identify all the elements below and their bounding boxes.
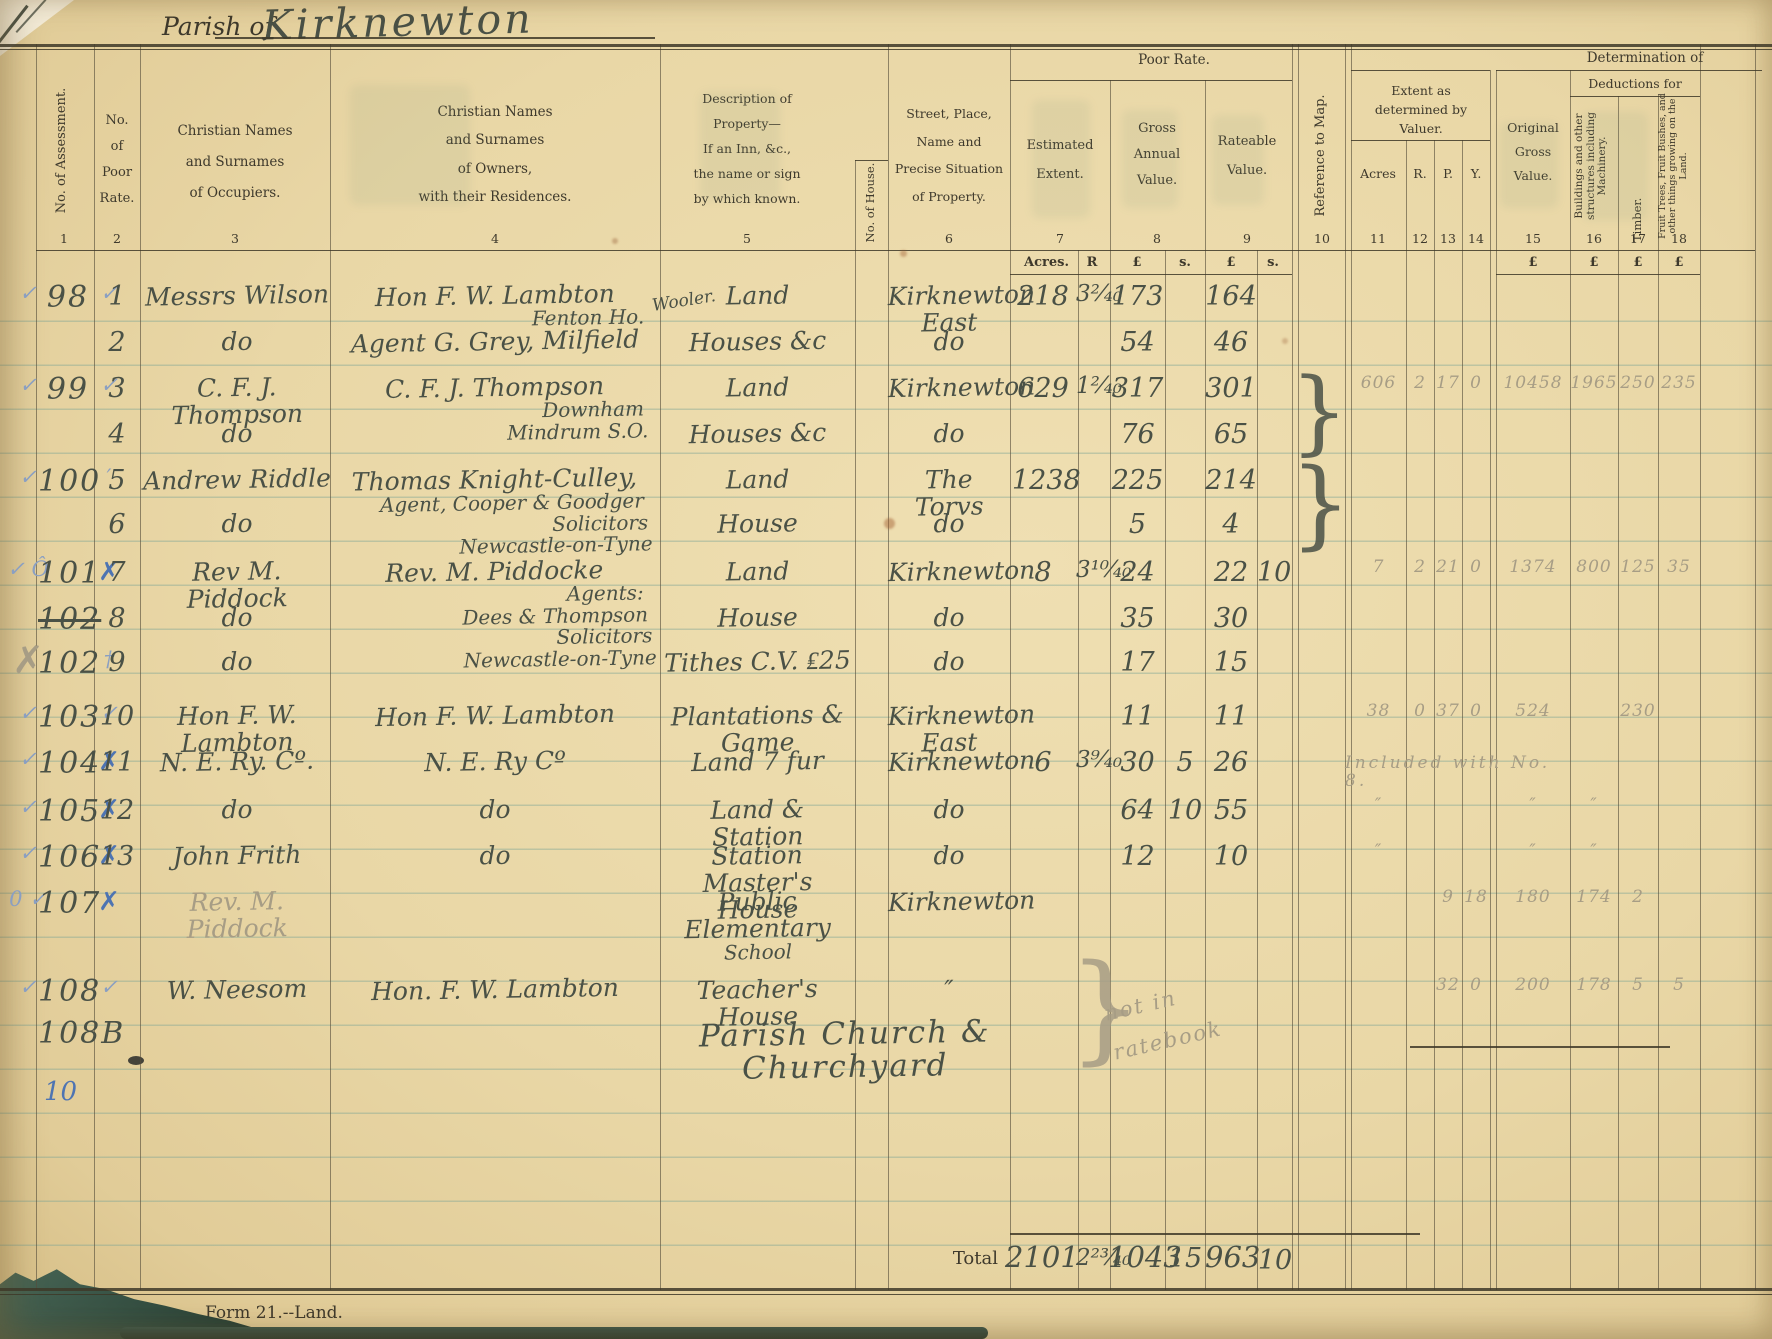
annotation-blue-ten: 10 bbox=[44, 1078, 77, 1106]
cell-d17: 230 bbox=[1618, 702, 1658, 720]
cell-d17: 2 bbox=[1618, 888, 1658, 906]
cell-d17: 250 bbox=[1618, 374, 1658, 392]
cell-street: Kirknewton bbox=[888, 747, 1010, 776]
col-number: 11 bbox=[1358, 231, 1398, 246]
paper-stain bbox=[612, 238, 618, 244]
cell-occupier: do bbox=[142, 794, 332, 824]
show-through-smudge bbox=[1500, 122, 1558, 208]
table-rule bbox=[1496, 274, 1700, 275]
cell-orig: 200 bbox=[1496, 976, 1570, 994]
ledger-row: 1028doHousedo3530 bbox=[0, 600, 1772, 646]
cell-desc: Land bbox=[662, 464, 853, 494]
cell-span-text: Parish Church & Churchyard bbox=[639, 1014, 1050, 1088]
cell-d18: 5 bbox=[1658, 976, 1700, 994]
cell-street: Kirknewton bbox=[888, 887, 1010, 916]
show-through-smudge bbox=[700, 92, 780, 200]
poor-rate-group-header: Poor Rate. bbox=[1094, 52, 1254, 68]
table-rule bbox=[1010, 1233, 1420, 1235]
unit-label: £ bbox=[1117, 255, 1157, 270]
cell-street: do bbox=[888, 327, 1010, 356]
ledger-row: 4doHouses &cdo7665 bbox=[0, 416, 1772, 462]
col-number: 17 bbox=[1618, 231, 1658, 246]
col-header-street: Street, Place, Name and Precise Situatio… bbox=[874, 100, 1024, 210]
cell-v-y: 0 bbox=[1462, 976, 1490, 994]
col-number: 14 bbox=[1456, 231, 1496, 246]
cell-assess: 100 bbox=[38, 466, 98, 498]
cell-v-y: 0 bbox=[1462, 374, 1490, 392]
cell-poor: 2 bbox=[94, 328, 140, 357]
table-rule bbox=[1351, 140, 1490, 141]
cell-assess: 103 bbox=[38, 702, 98, 734]
cell-occupier: N. E. Ry. Cº. bbox=[142, 746, 332, 776]
cell-occupier: Andrew Riddle bbox=[142, 464, 332, 494]
show-through-smudge bbox=[1032, 100, 1090, 218]
cell-v-r: 0 bbox=[1406, 702, 1434, 720]
parish-underline bbox=[215, 37, 655, 39]
col-subheader-valuer-roods: R. bbox=[1406, 168, 1434, 181]
cell-line: Hon F. W. Lambton bbox=[332, 699, 658, 732]
cell-note-right: Included with No. 8. bbox=[1345, 754, 1555, 791]
cell-line: do bbox=[332, 793, 658, 826]
cell-acres: 8 bbox=[1012, 558, 1074, 587]
cell-v-acres: ″ bbox=[1351, 842, 1406, 860]
cell-assess: 101 bbox=[38, 558, 98, 590]
col-number: 9 bbox=[1227, 231, 1267, 246]
parish-name: Kirknewton bbox=[261, 0, 534, 50]
show-through-smudge bbox=[1122, 110, 1178, 208]
col-number: 8 bbox=[1137, 231, 1177, 246]
show-through-smudge bbox=[1212, 115, 1264, 205]
ledger-row: 2doAgent G. Grey, MilfieldHouses &cdo544… bbox=[0, 324, 1772, 370]
cell-rate-l: 301 bbox=[1205, 374, 1257, 403]
table-rule bbox=[1351, 70, 1490, 71]
deductions-group-header: Deductions for bbox=[1565, 76, 1705, 91]
cell-gross-l: 12 bbox=[1110, 842, 1165, 871]
cell-desc: Houses &c bbox=[662, 326, 853, 356]
cell-d16: ″ bbox=[1570, 842, 1618, 860]
cell-line: Public Elementary bbox=[661, 886, 853, 943]
cell-postmark: ✗ bbox=[98, 888, 120, 916]
cell-gross-s: 10 bbox=[1165, 796, 1205, 825]
paper-stain bbox=[884, 518, 895, 529]
cell-desc: Houses &c bbox=[662, 418, 853, 448]
cell-owner: Agent G. Grey, Milfield bbox=[332, 325, 658, 358]
ledger-row: ✓103✓10Hon F. W. LambtonHon F. W. Lambto… bbox=[0, 698, 1772, 744]
cell-desc: Land bbox=[662, 372, 853, 402]
cell-gross-l: 24 bbox=[1110, 558, 1165, 587]
brace-not-in-ratebook: } bbox=[1068, 948, 1143, 1066]
cell-assess: 102 bbox=[38, 648, 98, 680]
cell-desc: Public ElementarySchool bbox=[661, 886, 853, 965]
cell-r: 3⁹⁄₄₀ bbox=[1076, 748, 1114, 773]
cell-d17: 5 bbox=[1618, 976, 1658, 994]
cell-acres: 218 bbox=[1012, 282, 1074, 311]
col-number: 15 bbox=[1513, 231, 1553, 246]
cell-r: 1²⁄₄₀ bbox=[1076, 374, 1114, 399]
cell-gross-l: 17 bbox=[1110, 648, 1165, 677]
table-rule bbox=[0, 1294, 1772, 1295]
cell-assess: 108 bbox=[38, 976, 98, 1008]
ledger-row: ✓105✗12dodoLand & Stationdo641055″″″ bbox=[0, 792, 1772, 838]
column-rule bbox=[1618, 96, 1619, 1290]
cell-assess: 105 bbox=[38, 796, 98, 828]
cell-poor: 12 bbox=[94, 796, 140, 825]
cell-rate-s: 10 bbox=[1257, 558, 1290, 587]
unit-label: £ bbox=[1211, 255, 1251, 270]
cell-occupier: do bbox=[142, 326, 332, 356]
cell-occupier: do bbox=[142, 602, 332, 632]
cell-occupier: do bbox=[142, 646, 332, 676]
cell-rate-l: 26 bbox=[1205, 748, 1257, 777]
total-gross-pounds: 1043 bbox=[1108, 1242, 1166, 1273]
cell-rate-l: 11 bbox=[1205, 702, 1257, 731]
cell-v-acres: 7 bbox=[1351, 558, 1406, 576]
cell-owner: N. E. Ry Cº bbox=[332, 745, 658, 778]
cell-owner: Hon. F. W. Lambton bbox=[332, 973, 658, 1006]
cell-orig: 180 bbox=[1496, 888, 1570, 906]
cell-street: ″ bbox=[888, 975, 1010, 1004]
cell-gross-l: 64 bbox=[1110, 796, 1165, 825]
cell-rate-l: 65 bbox=[1205, 420, 1257, 449]
table-rule bbox=[0, 1288, 1772, 1291]
unit-label: R bbox=[1072, 255, 1112, 270]
ledger-row: ✓104✗11N. E. Ry. Cº.N. E. Ry CºLand 7 fu… bbox=[0, 744, 1772, 790]
cell-d16: 800 bbox=[1570, 558, 1618, 576]
col-subheader-valuer-perches: P. bbox=[1434, 168, 1462, 181]
cell-poor: 4 bbox=[94, 420, 140, 449]
ledger-row: 6doHousedo54 bbox=[0, 506, 1772, 552]
cell-gross-l: 173 bbox=[1110, 282, 1165, 311]
cell-poor: 3 bbox=[94, 374, 140, 403]
col-subheader-valuer-acres: Acres bbox=[1350, 168, 1406, 181]
cell-orig: ″ bbox=[1496, 796, 1570, 814]
cell-assess: 108B bbox=[38, 1018, 98, 1050]
cell-poor: 10 bbox=[94, 702, 140, 731]
cell-v-acres: ″ bbox=[1351, 796, 1406, 814]
table-rule bbox=[0, 44, 1772, 47]
total-rateable-pounds: 963 bbox=[1205, 1242, 1257, 1273]
cell-orig: 1374 bbox=[1496, 558, 1570, 576]
cell-v-acres: 38 bbox=[1351, 702, 1406, 720]
col-header-map-ref: Reference to Map. bbox=[1314, 73, 1330, 238]
cell-poor: 7 bbox=[94, 558, 140, 587]
cell-desc: Land 7 fur bbox=[662, 746, 853, 776]
ledger-row: 0 ✓107✗Rev. M. PiddockPublic ElementaryS… bbox=[0, 884, 1772, 930]
cell-poor: 1 bbox=[94, 282, 140, 311]
cell-d17: 125 bbox=[1618, 558, 1658, 576]
cell-gross-l: 35 bbox=[1110, 604, 1165, 633]
ledger-row: ✓99✓3C. F. J. ThompsonC. F. J. ThompsonD… bbox=[0, 370, 1772, 416]
cell-d16: 1965 bbox=[1570, 374, 1618, 392]
cell-v-y: 18 bbox=[1462, 888, 1490, 906]
cell-occupier: do bbox=[142, 418, 332, 448]
ledger-row: 108BParish Church & Churchyard bbox=[0, 1014, 1772, 1060]
cell-gross-l: 30 bbox=[1110, 748, 1165, 777]
cell-occupier: John Frith bbox=[142, 840, 332, 870]
cell-gross-l: 225 bbox=[1110, 466, 1165, 495]
cell-v-p: 32 bbox=[1434, 976, 1462, 994]
unit-label: £ bbox=[1574, 255, 1614, 270]
cell-street: do bbox=[888, 647, 1010, 676]
cell-r: 3¹⁰⁄₄₀ bbox=[1076, 558, 1114, 583]
cell-assess: 106 bbox=[38, 842, 98, 874]
paper-stain bbox=[1282, 338, 1288, 344]
col-number: 3 bbox=[215, 231, 255, 246]
cell-acres: 6 bbox=[1012, 748, 1074, 777]
col-header-assessment: No. of Assessment. bbox=[55, 63, 73, 238]
cell-poor: 6 bbox=[94, 510, 140, 539]
unit-label: s. bbox=[1165, 255, 1205, 270]
cell-v-r: 2 bbox=[1406, 374, 1434, 392]
cell-poor: 8 bbox=[94, 604, 140, 633]
total-label: Total bbox=[908, 1248, 998, 1269]
col-number: 7 bbox=[1040, 231, 1080, 246]
cell-rate-l: 22 bbox=[1205, 558, 1257, 587]
cell-line: Agent G. Grey, Milfield bbox=[332, 325, 658, 358]
cell-rate-l: 4 bbox=[1205, 510, 1257, 539]
cell-street: do bbox=[888, 509, 1010, 538]
cell-assess: 102 bbox=[38, 604, 98, 636]
cell-gross-l: 54 bbox=[1110, 328, 1165, 357]
show-through-smudge bbox=[1582, 112, 1648, 220]
cell-postmark: ✓ bbox=[98, 976, 120, 999]
scanned-ledger-page: Parish of Kirknewton Poor Rate. Determin… bbox=[0, 0, 1772, 1339]
cell-v-y: 0 bbox=[1462, 558, 1490, 576]
cell-orig: ″ bbox=[1496, 842, 1570, 860]
cell-gross-s: 5 bbox=[1165, 748, 1205, 777]
cell-rate-l: 164 bbox=[1205, 282, 1257, 311]
cell-rate-l: 46 bbox=[1205, 328, 1257, 357]
col-number: 2 bbox=[97, 231, 137, 246]
col-number: 5 bbox=[727, 231, 767, 246]
brace-rows-5-6: } bbox=[1290, 456, 1351, 552]
cell-assess: 104 bbox=[38, 748, 98, 780]
cell-orig: 524 bbox=[1496, 702, 1570, 720]
cell-v-p: 37 bbox=[1434, 702, 1462, 720]
column-rule bbox=[1658, 96, 1659, 1290]
cell-occupier: W. Neesom bbox=[142, 974, 332, 1004]
cell-owner: do bbox=[332, 793, 658, 826]
table-rule bbox=[1010, 274, 1292, 275]
paper-stain bbox=[900, 250, 907, 257]
cell-poor: 13 bbox=[94, 842, 140, 871]
col-number: 4 bbox=[475, 231, 515, 246]
cell-rate-l: 55 bbox=[1205, 796, 1257, 825]
col-number: 18 bbox=[1659, 231, 1699, 246]
determination-group-header: Determination of bbox=[1540, 50, 1750, 66]
table-rule bbox=[1496, 70, 1762, 71]
cell-street: Kirknewton bbox=[888, 373, 1010, 402]
cell-desc: House bbox=[662, 508, 853, 538]
cell-assess: 107 bbox=[38, 888, 98, 920]
cell-street: do bbox=[888, 841, 1010, 870]
unit-label: s. bbox=[1253, 255, 1293, 270]
cell-desc: Tithes C.V. ₤25 bbox=[662, 646, 853, 676]
cell-assess: 98 bbox=[38, 282, 98, 314]
cell-occupier: do bbox=[142, 508, 332, 538]
col-header-fruit: Fruit Trees, Fruit Bushes, and other thi… bbox=[1658, 90, 1700, 242]
cell-v-p: 9 bbox=[1434, 888, 1462, 906]
cell-acres: 629 bbox=[1012, 374, 1074, 403]
cell-v-y: 0 bbox=[1462, 702, 1490, 720]
table-rule bbox=[0, 49, 1772, 50]
col-number: 10 bbox=[1302, 231, 1342, 246]
total-acres: 2101 bbox=[1005, 1242, 1075, 1273]
cell-gross-l: 5 bbox=[1110, 510, 1165, 539]
cell-poor: 5 bbox=[94, 466, 140, 495]
cell-street: do bbox=[888, 603, 1010, 632]
cell-line: do bbox=[332, 839, 658, 872]
cell-street: do bbox=[888, 795, 1010, 824]
cell-gross-l: 11 bbox=[1110, 702, 1165, 731]
cell-street: do bbox=[888, 419, 1010, 448]
show-through-smudge bbox=[350, 85, 470, 205]
cell-v-p: 21 bbox=[1434, 558, 1462, 576]
unit-label: £ bbox=[1659, 255, 1699, 270]
col-subheader-valuer-yards: Y. bbox=[1462, 168, 1490, 181]
col-number: 6 bbox=[929, 231, 969, 246]
ledger-row: ✗102†9doTithes C.V. ₤25do1715 bbox=[0, 644, 1772, 690]
total-gross-shillings: 15 bbox=[1165, 1244, 1205, 1273]
cell-rate-l: 15 bbox=[1205, 648, 1257, 677]
cell-r: 3²⁄₄₀ bbox=[1076, 282, 1114, 307]
cell-gross-l: 76 bbox=[1110, 420, 1165, 449]
cell-rate-l: 214 bbox=[1205, 466, 1257, 495]
cell-assess: 99 bbox=[38, 374, 98, 406]
cell-v-r: 2 bbox=[1406, 558, 1434, 576]
cell-v-p: 17 bbox=[1434, 374, 1462, 392]
ledger-row: ✓100′5Andrew RiddleThomas Knight-Culley,… bbox=[0, 462, 1772, 508]
col-number: 16 bbox=[1574, 231, 1614, 246]
cell-rate-l: 10 bbox=[1205, 842, 1257, 871]
torn-backing-strip bbox=[120, 1327, 988, 1339]
ledger-row: ✓108✓W. NeesomHon. F. W. LambtonTeacher'… bbox=[0, 972, 1772, 1018]
unit-label: £ bbox=[1513, 255, 1553, 270]
cell-d16: 178 bbox=[1570, 976, 1618, 994]
cell-acres: 1238 bbox=[1012, 466, 1074, 495]
cell-d18: 235 bbox=[1658, 374, 1700, 392]
cell-d18: 35 bbox=[1658, 558, 1700, 576]
cell-rate-l: 30 bbox=[1205, 604, 1257, 633]
cell-line: N. E. Ry Cº bbox=[332, 745, 658, 778]
cell-desc: House bbox=[662, 602, 853, 632]
cell-owner: do bbox=[332, 839, 658, 872]
unit-label: Acres. bbox=[1024, 255, 1064, 270]
ledger-row: ✓106✗13John FrithdoStation Master's Hous… bbox=[0, 838, 1772, 884]
cell-poor: 11 bbox=[94, 748, 140, 777]
cell-gross-l: 317 bbox=[1110, 374, 1165, 403]
cell-line: Hon. F. W. Lambton bbox=[332, 973, 658, 1006]
total-rateable-shillings: 10 bbox=[1257, 1246, 1293, 1275]
table-rule bbox=[1010, 80, 1292, 81]
extent-group-header: Extent as determined by Valuer. bbox=[1353, 82, 1489, 138]
cell-d16: ″ bbox=[1570, 796, 1618, 814]
cell-occupier: Messrs Wilson bbox=[142, 280, 332, 310]
ledger-row: ✓ Ô101✗7Rev M. PiddockRev. M. PiddockeAg… bbox=[0, 554, 1772, 600]
col-number: 1 bbox=[44, 231, 84, 246]
cell-occupier: Rev. M. Piddock bbox=[142, 886, 333, 943]
cell-orig: 10458 bbox=[1496, 374, 1570, 392]
cell-desc: Land bbox=[662, 556, 853, 586]
cell-poor: 9 bbox=[94, 648, 140, 677]
col-header-occupiers: Christian Names and Surnames of Occupier… bbox=[130, 116, 340, 209]
ledger-row: ✓98✓1Messrs WilsonHon F. W. LambtonFento… bbox=[0, 278, 1772, 324]
table-rule bbox=[36, 250, 1755, 251]
unit-label: £ bbox=[1618, 255, 1658, 270]
cell-street: Kirknewton bbox=[888, 557, 1010, 586]
cell-d16: 174 bbox=[1570, 888, 1618, 906]
brace-rows-3-4: } bbox=[1290, 366, 1349, 458]
cell-v-acres: 606 bbox=[1351, 374, 1406, 392]
cell-owner: Hon F. W. Lambton bbox=[332, 699, 658, 732]
